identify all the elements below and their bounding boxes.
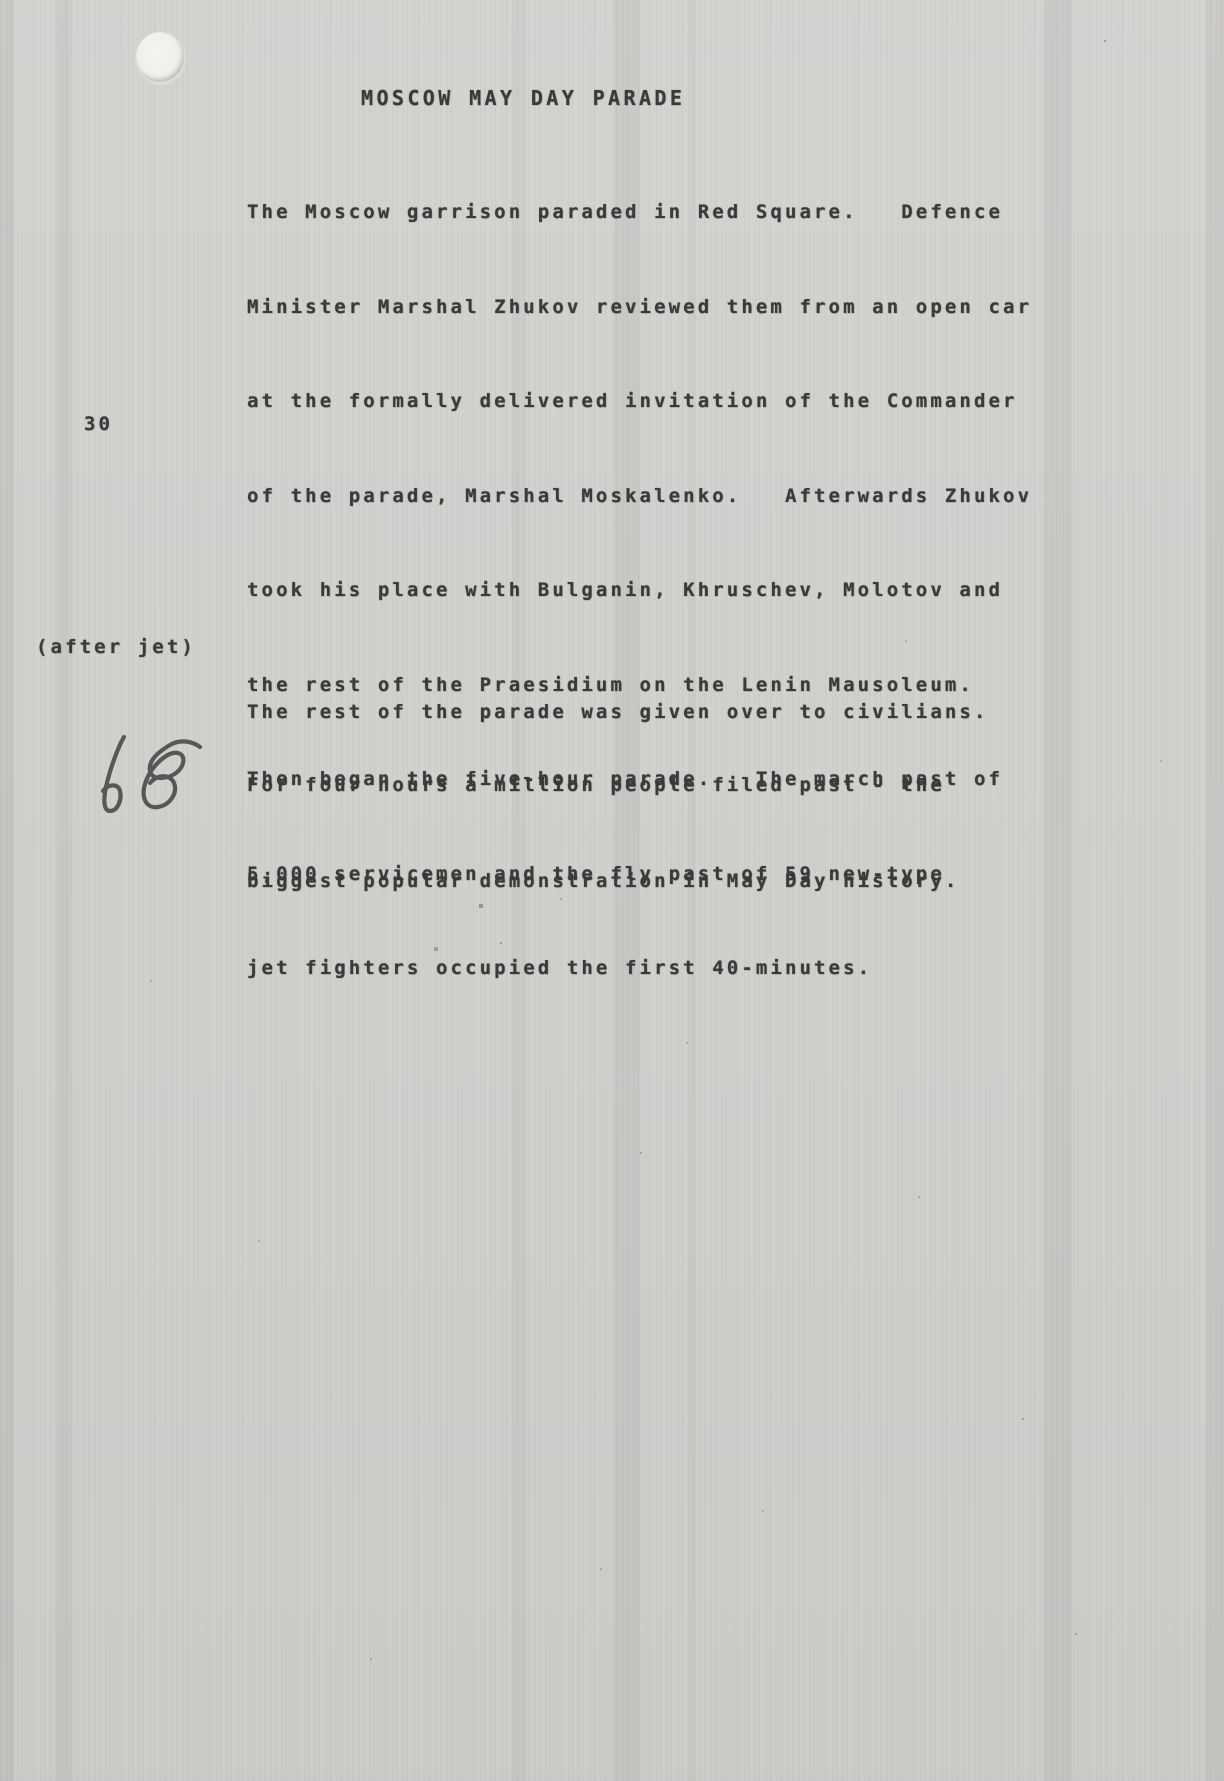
paragraph-3: For four hours a million people filed pa… — [247, 715, 959, 929]
handwritten-mark-icon — [88, 731, 206, 823]
para1-line-1: The Moscow garrison paraded in Red Squar… — [247, 187, 1032, 238]
page-title: MOSCOW MAY DAY PARADE — [361, 86, 685, 110]
paper-streak-5 — [1044, 0, 1072, 1781]
margin-take-number: 30 — [84, 413, 113, 435]
paper-streak-left-edge — [0, 0, 14, 1781]
para3-line-1: For four hours a million people filed pa… — [247, 759, 959, 811]
paper-streak-1 — [56, 0, 72, 1781]
para1-line-2: Minister Marshal Zhukov reviewed them fr… — [247, 282, 1032, 333]
para3-line-2: biggest popular demonstration in May Day… — [247, 855, 959, 907]
handwritten-mark — [88, 731, 206, 823]
para1-line-3: at the formally delivered invitation of … — [247, 376, 1032, 427]
margin-cue-after-jet: (after jet) — [36, 636, 196, 658]
paper-specks — [0, 0, 2, 2]
para1-line-9: jet fighters occupied the first 40-minut… — [247, 943, 1032, 994]
punch-hole — [136, 32, 184, 82]
para1-line-5: took his place with Bulganin, Khruschev,… — [247, 565, 1032, 616]
paper-streak-right-edge — [1206, 0, 1224, 1781]
typescript-page: { "page": { "title": "MOSCOW MAY DAY PAR… — [0, 0, 1224, 1781]
para1-line-4: of the parade, Marshal Moskalenko. After… — [247, 471, 1032, 522]
